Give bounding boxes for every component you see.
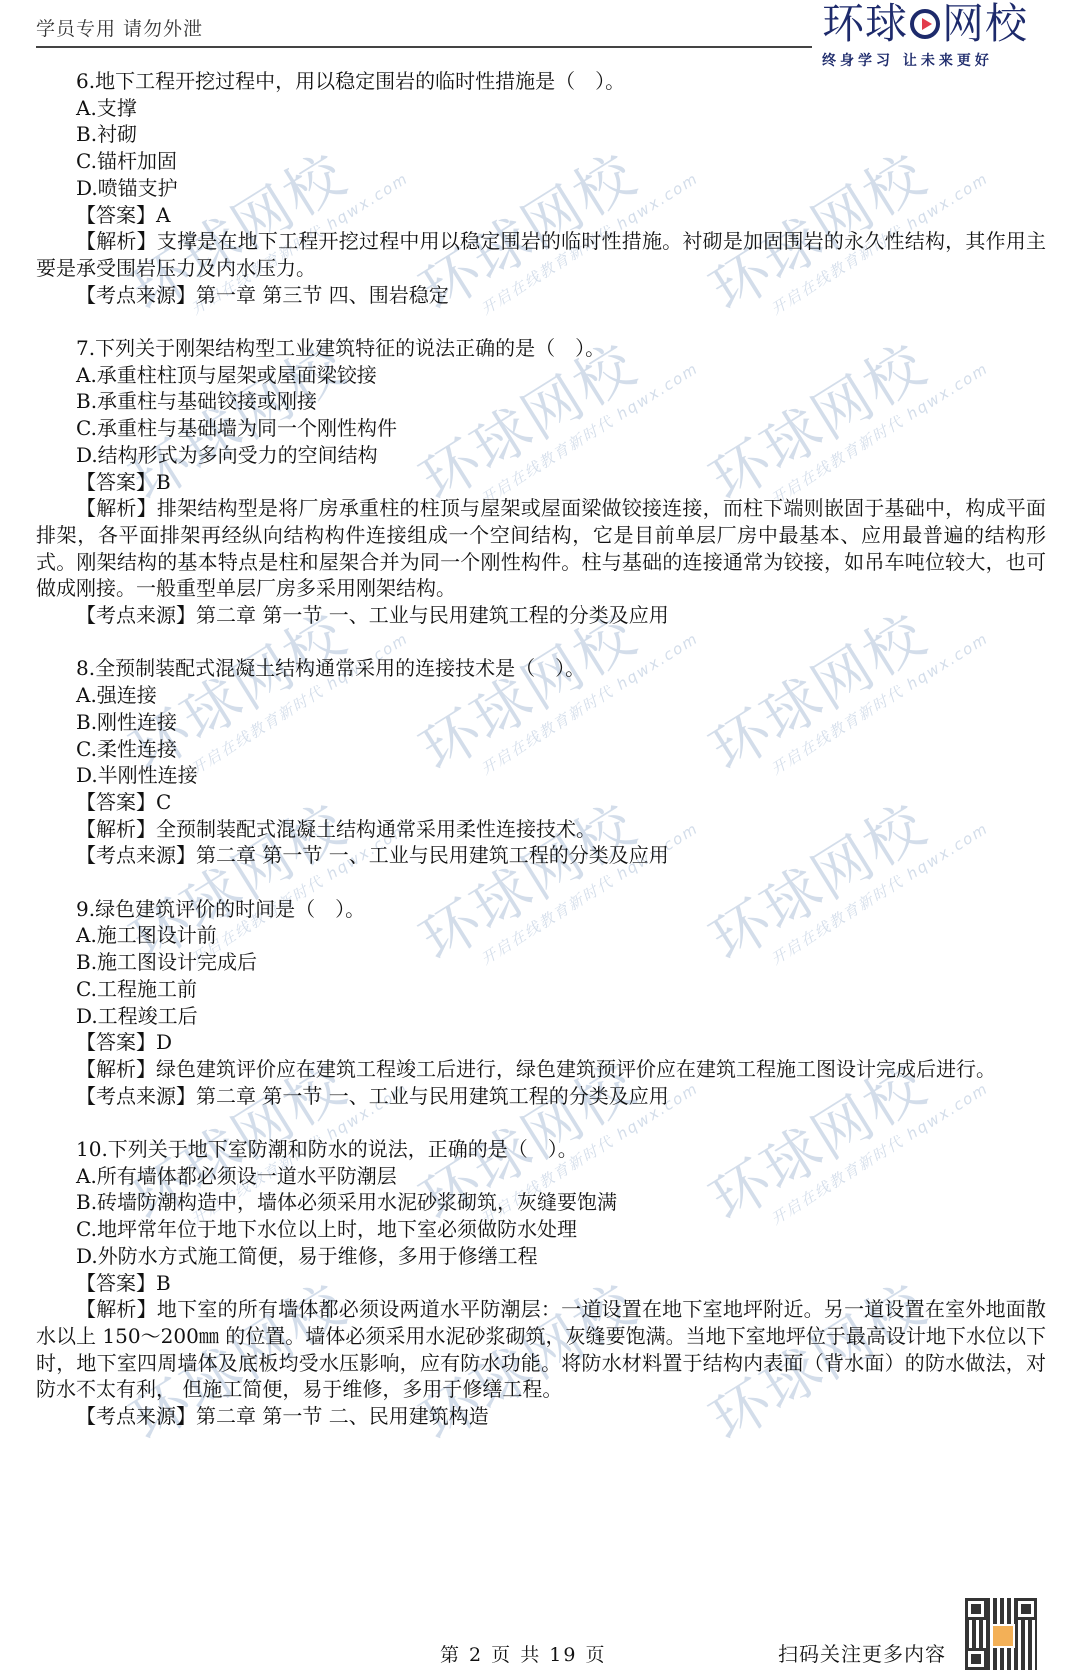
qr-finder-icon bbox=[965, 1598, 987, 1620]
source-label: 【考点来源】 bbox=[76, 1404, 196, 1428]
analysis-text: 支撑是在地下工程开挖过程中用以稳定围岩的临时性措施。衬砌是加固围岩的永久性结构，… bbox=[36, 229, 1046, 280]
answer-line: 【答案】B bbox=[36, 469, 1046, 496]
option-b: B.施工图设计完成后 bbox=[36, 949, 1046, 976]
option-d: D.喷锚支护 bbox=[36, 175, 1046, 202]
option-a: A.所有墙体都必须设一道水平防潮层 bbox=[36, 1163, 1046, 1190]
answer-value: C bbox=[156, 790, 171, 814]
answer-label: 【答案】 bbox=[76, 470, 156, 494]
source-label: 【考点来源】 bbox=[76, 1084, 196, 1108]
page-indicator: 第 2 页 共 19 页 bbox=[440, 1640, 606, 1667]
analysis-text: 全预制装配式混凝土结构通常采用柔性连接技术。 bbox=[156, 817, 596, 841]
option-b: B.衬砌 bbox=[36, 121, 1046, 148]
answer-value: B bbox=[156, 1271, 171, 1295]
qr-code-icon bbox=[965, 1598, 1037, 1670]
source-text: 第二章 第一节 二、民用建筑构造 bbox=[196, 1404, 489, 1428]
answer-line: 【答案】D bbox=[36, 1029, 1046, 1056]
option-c: C.地坪常年位于地下水位以上时，地下室必须做防水处理 bbox=[36, 1216, 1046, 1243]
option-d: D.结构形式为多向受力的空间结构 bbox=[36, 442, 1046, 469]
question-9: 9.绿色建筑评价的时间是（ ）。 A.施工图设计前 B.施工图设计完成后 C.工… bbox=[36, 896, 1046, 1110]
question-7: 7.下列关于刚架结构型工业建筑特征的说法正确的是（ ）。 A.承重柱柱顶与屋架或… bbox=[36, 335, 1046, 629]
answer-value: D bbox=[156, 1030, 172, 1054]
option-d: D.外防水方式施工简便，易于维修，多用于修缮工程 bbox=[36, 1243, 1046, 1270]
source-label: 【考点来源】 bbox=[76, 283, 196, 307]
option-c: C.承重柱与基础墙为同一个刚性构件 bbox=[36, 415, 1046, 442]
question-stem: 9.绿色建筑评价的时间是（ ）。 bbox=[36, 896, 1046, 923]
source-line: 【考点来源】第二章 第一节 二、民用建筑构造 bbox=[36, 1403, 1046, 1430]
play-icon bbox=[910, 9, 940, 39]
qr-finder-icon bbox=[1015, 1598, 1037, 1620]
question-6: 6.地下工程开挖过程中，用以稳定围岩的临时性措施是（ ）。 A.支撑 B.衬砌 … bbox=[36, 68, 1046, 308]
source-line: 【考点来源】第二章 第一节 一、工业与民用建筑工程的分类及应用 bbox=[36, 602, 1046, 629]
source-label: 【考点来源】 bbox=[76, 603, 196, 627]
confidential-note: 学员专用 请勿外泄 bbox=[36, 14, 203, 41]
answer-line: 【答案】B bbox=[36, 1270, 1046, 1297]
question-10: 10.下列关于地下室防潮和防水的说法，正确的是（ ）。 A.所有墙体都必须设一道… bbox=[36, 1136, 1046, 1430]
logo-text-left: 环球 bbox=[822, 0, 908, 48]
source-text: 第二章 第一节 一、工业与民用建筑工程的分类及应用 bbox=[196, 1084, 669, 1108]
answer-line: 【答案】C bbox=[36, 789, 1046, 816]
analysis-line: 【解析】支撑是在地下工程开挖过程中用以稳定围岩的临时性措施。衬砌是加固围岩的永久… bbox=[36, 228, 1046, 281]
logo-text-right: 网校 bbox=[942, 0, 1028, 48]
source-text: 第二章 第一节 一、工业与民用建筑工程的分类及应用 bbox=[196, 843, 669, 867]
option-a: A.承重柱柱顶与屋架或屋面梁铰接 bbox=[36, 362, 1046, 389]
option-d: D.半刚性连接 bbox=[36, 762, 1046, 789]
analysis-label: 【解析】 bbox=[76, 1297, 157, 1321]
option-b: B.刚性连接 bbox=[36, 709, 1046, 736]
analysis-text: 绿色建筑评价应在建筑工程竣工后进行，绿色建筑预评价应在建筑工程施工图设计完成后进… bbox=[156, 1057, 996, 1081]
source-line: 【考点来源】第二章 第一节 一、工业与民用建筑工程的分类及应用 bbox=[36, 1083, 1046, 1110]
option-c: C.柔性连接 bbox=[36, 736, 1046, 763]
header-divider bbox=[36, 46, 812, 48]
analysis-label: 【解析】 bbox=[76, 1057, 156, 1081]
question-8: 8.全预制装配式混凝土结构通常采用的连接技术是（ ）。 A.强连接 B.刚性连接… bbox=[36, 655, 1046, 869]
source-text: 第二章 第一节 一、工业与民用建筑工程的分类及应用 bbox=[196, 603, 669, 627]
source-label: 【考点来源】 bbox=[76, 843, 196, 867]
question-stem: 10.下列关于地下室防潮和防水的说法，正确的是（ ）。 bbox=[36, 1136, 1046, 1163]
option-c: C.锚杆加固 bbox=[36, 148, 1046, 175]
question-list: 6.地下工程开挖过程中，用以稳定围岩的临时性措施是（ ）。 A.支撑 B.衬砌 … bbox=[36, 68, 1046, 1456]
option-a: A.支撑 bbox=[36, 95, 1046, 122]
analysis-text: 排架结构型是将厂房承重柱的柱顶与屋架或屋面梁做铰接连接，而柱下端则嵌固于基础中，… bbox=[36, 496, 1046, 600]
analysis-line: 【解析】排架结构型是将厂房承重柱的柱顶与屋架或屋面梁做铰接连接，而柱下端则嵌固于… bbox=[36, 495, 1046, 602]
source-line: 【考点来源】第二章 第一节 一、工业与民用建筑工程的分类及应用 bbox=[36, 842, 1046, 869]
answer-line: 【答案】A bbox=[36, 202, 1046, 229]
answer-label: 【答案】 bbox=[76, 1030, 156, 1054]
option-d: D.工程竣工后 bbox=[36, 1003, 1046, 1030]
analysis-label: 【解析】 bbox=[76, 817, 156, 841]
source-line: 【考点来源】第一章 第三节 四、围岩稳定 bbox=[36, 282, 1046, 309]
analysis-line: 【解析】全预制装配式混凝土结构通常采用柔性连接技术。 bbox=[36, 816, 1046, 843]
option-b: B.承重柱与基础铰接或刚接 bbox=[36, 388, 1046, 415]
answer-label: 【答案】 bbox=[76, 1271, 156, 1295]
answer-value: B bbox=[156, 470, 171, 494]
analysis-line: 【解析】绿色建筑评价应在建筑工程竣工后进行，绿色建筑预评价应在建筑工程施工图设计… bbox=[36, 1056, 1046, 1083]
option-a: A.施工图设计前 bbox=[36, 922, 1046, 949]
brand-logo: 环球 网校 终身学习 让未来更好 bbox=[822, 0, 1052, 72]
analysis-label: 【解析】 bbox=[76, 496, 157, 520]
source-text: 第一章 第三节 四、围岩稳定 bbox=[196, 283, 449, 307]
logo-slogan: 终身学习 让未来更好 bbox=[822, 50, 1052, 70]
qr-center-logo-icon bbox=[991, 1624, 1015, 1648]
analysis-line: 【解析】地下室的所有墙体都必须设两道水平防潮层：一道设置在地下室地坪附近。另一道… bbox=[36, 1296, 1046, 1403]
question-stem: 8.全预制装配式混凝土结构通常采用的连接技术是（ ）。 bbox=[36, 655, 1046, 682]
option-b: B.砖墙防潮构造中，墙体必须采用水泥砂浆砌筑，灰缝要饱满 bbox=[36, 1189, 1046, 1216]
qr-finder-icon bbox=[965, 1648, 987, 1670]
answer-label: 【答案】 bbox=[76, 790, 156, 814]
option-a: A.强连接 bbox=[36, 682, 1046, 709]
question-stem: 7.下列关于刚架结构型工业建筑特征的说法正确的是（ ）。 bbox=[36, 335, 1046, 362]
answer-label: 【答案】 bbox=[76, 203, 156, 227]
answer-value: A bbox=[156, 203, 170, 227]
option-c: C.工程施工前 bbox=[36, 976, 1046, 1003]
scan-prompt: 扫码关注更多内容 bbox=[778, 1638, 946, 1667]
analysis-label: 【解析】 bbox=[76, 229, 157, 253]
question-stem: 6.地下工程开挖过程中，用以稳定围岩的临时性措施是（ ）。 bbox=[36, 68, 1046, 95]
analysis-text: 地下室的所有墙体都必须设两道水平防潮层：一道设置在地下室地坪附近。另一道设置在室… bbox=[36, 1297, 1046, 1401]
